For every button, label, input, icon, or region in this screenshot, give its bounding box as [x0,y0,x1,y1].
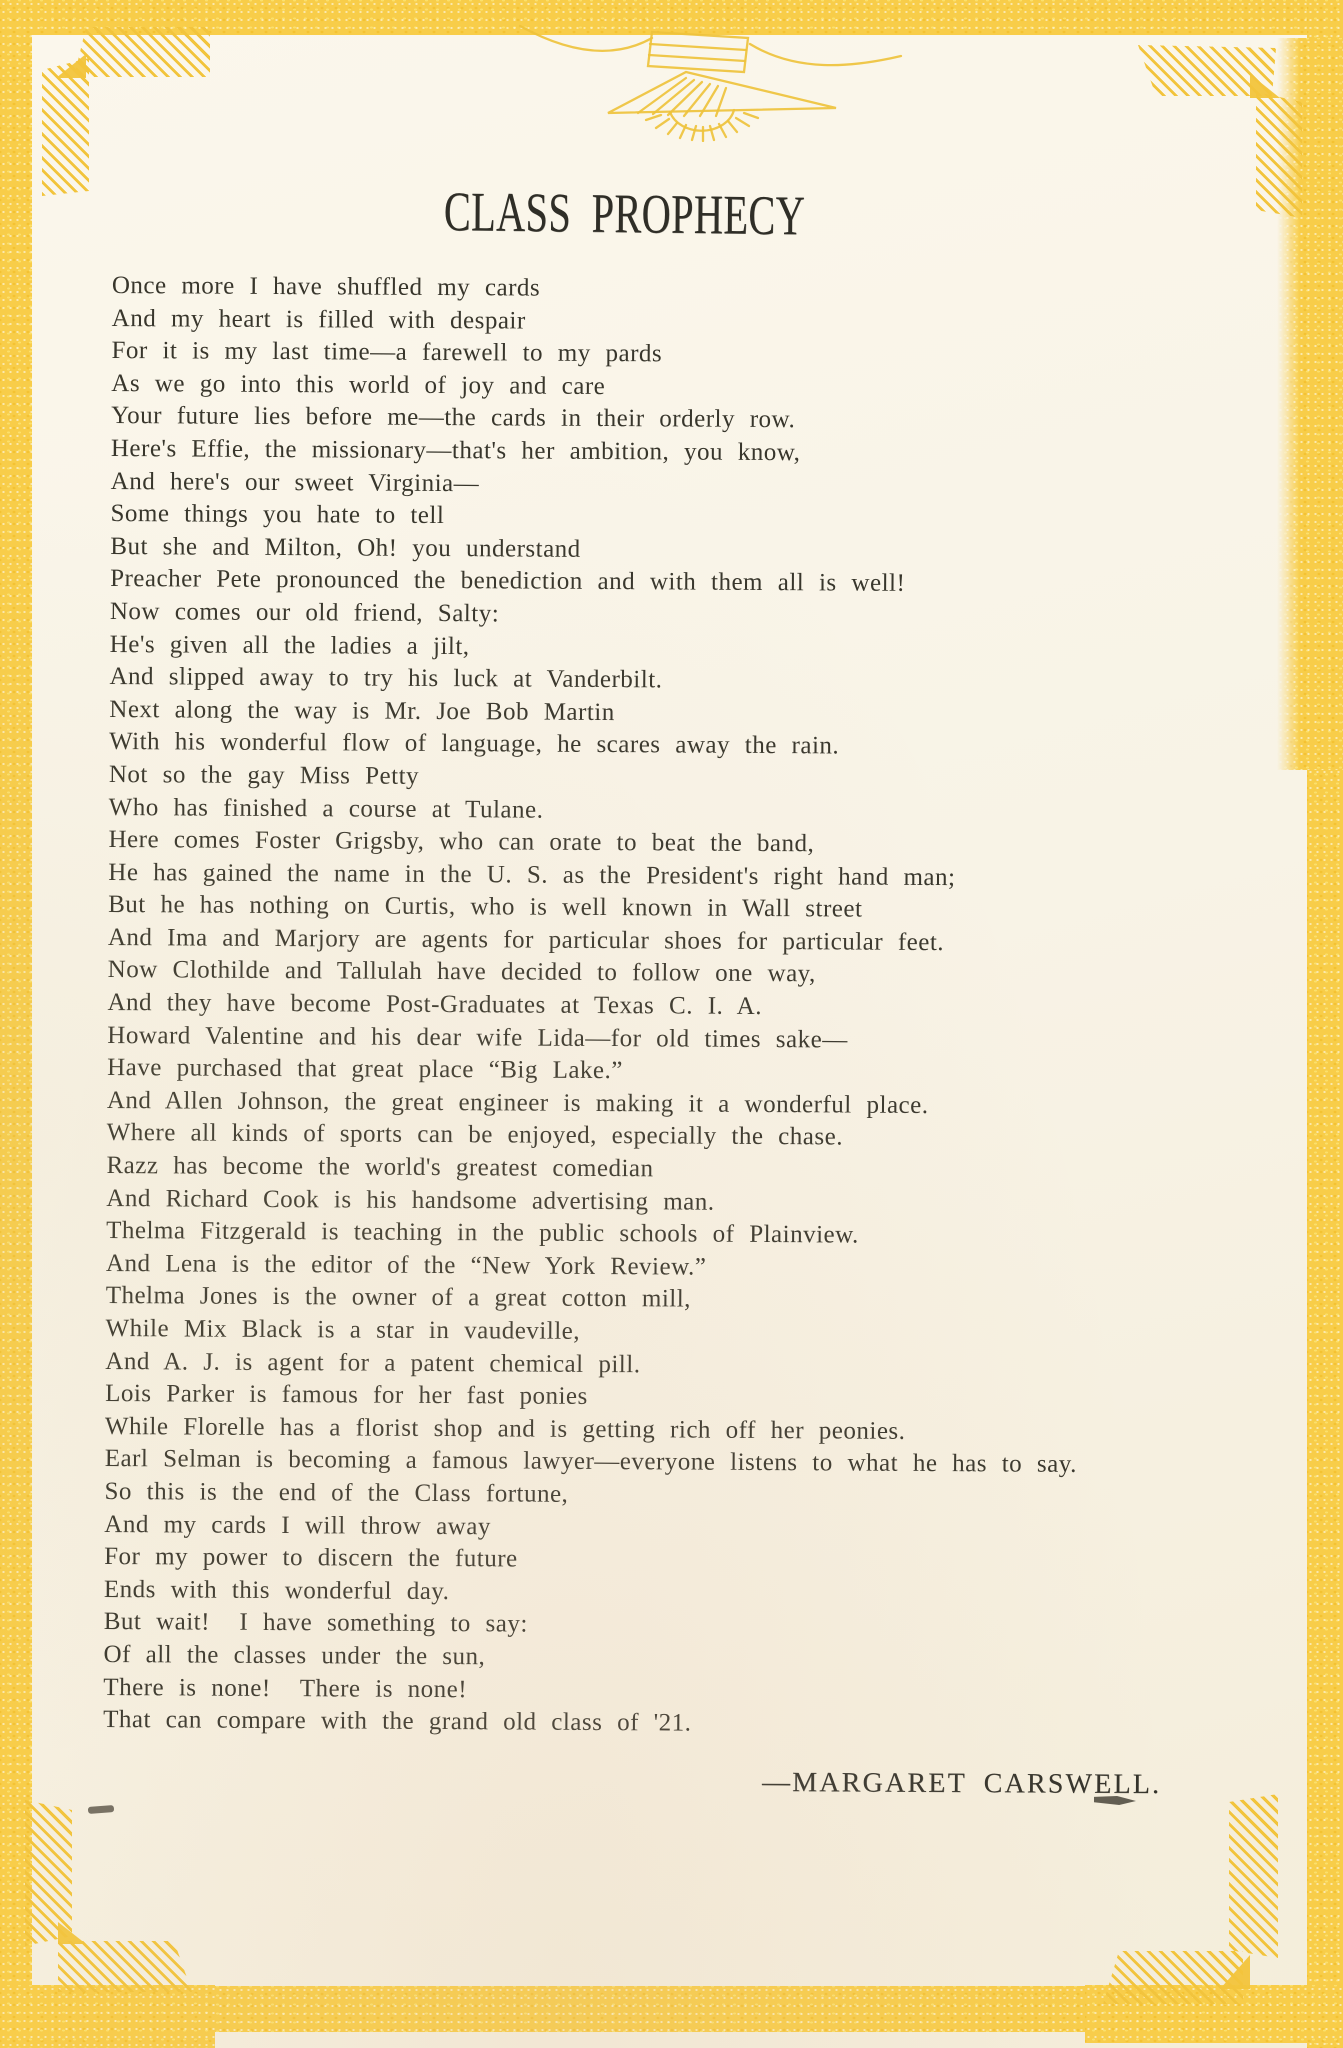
yearbook-page: CLASS PROPHECY Once more I have shuffled… [0,0,1343,2048]
poem-text: Once more I have shuffled my cardsAnd my… [103,270,1297,1744]
corner-bar-horizontal [70,27,210,77]
corner-bar-vertical [25,1800,72,1946]
corner-fold [58,1922,86,1944]
author-signature: —MARGARET CARSWELL. [762,1767,1161,1801]
border-band-left [0,0,32,2048]
corner-bar-vertical [1256,92,1302,218]
border-blob-bottom-left [0,1985,215,2048]
corner-bar-vertical [1229,1794,1278,1958]
poem-line: That can compare with the grand old clas… [103,1704,1288,1744]
page-title: CLASS PROPHECY [444,184,806,244]
hanging-lamp-icon [518,14,903,142]
corner-bar-horizontal [1103,1951,1243,2004]
ink-smudge [88,1805,114,1814]
corner-bar-horizontal [58,1941,192,1992]
